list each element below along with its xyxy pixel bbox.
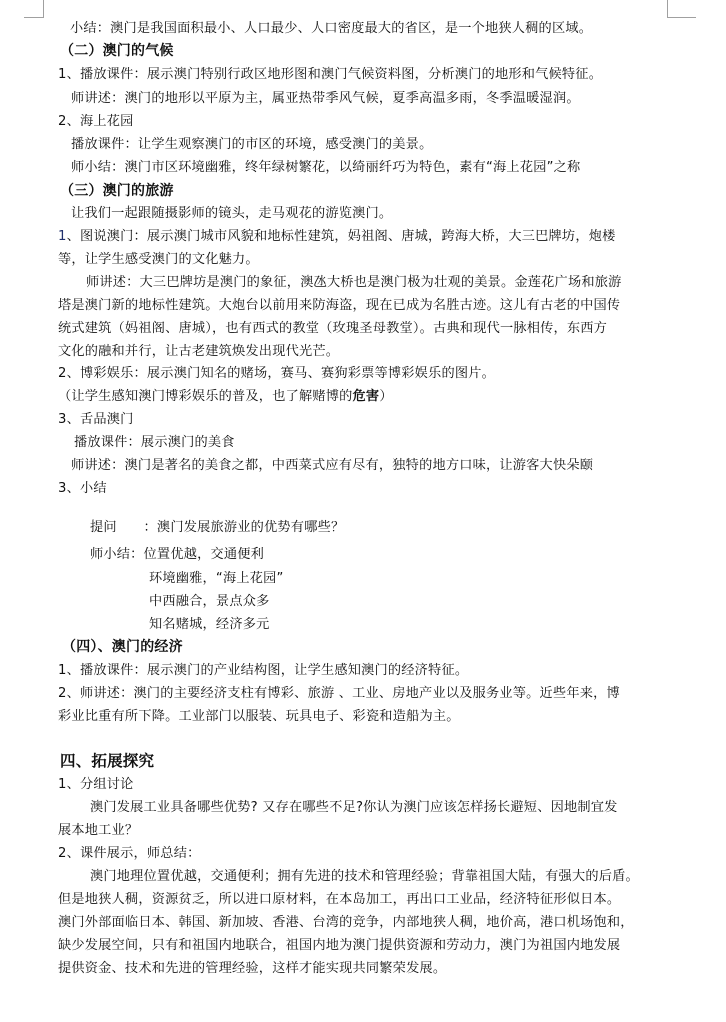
list-item-heading: 3、小结 (58, 481, 107, 497)
paragraph-line: 1、播放课件：展示澳门特别行政区地形图和澳门气候资料图，分析澳门的地形和气候特征… (58, 67, 602, 83)
paragraph-line: 彩业比重有所下降。工业部门以服装、玩具电子、彩瓷和造船为主。 (58, 709, 460, 725)
paragraph-line: 等，让学生感受澳门的文化魅力。 (58, 252, 259, 268)
paragraph-line: 1、播放课件：展示澳门的产业结构图，让学生感知澳门的经济特征。 (58, 663, 468, 679)
margin-corner-mark-top-right (667, 0, 696, 18)
paragraph-line: 统式建筑（妈祖阁、唐城），也有西式的教堂（玫瑰圣母教堂）。古典和现代一脉相传，东… (58, 321, 607, 337)
paragraph-line: 1、图说澳门：展示澳门城市风貌和地标性建筑，妈祖阁、唐城，跨海大桥，大三巴牌坊，… (58, 229, 615, 245)
paragraph-line: 缺少发展空间，只有和祖国内地联合，祖国内地为澳门提供资源和劳动力，澳门为祖国内地… (58, 938, 620, 954)
paragraph-line: 澳门外部面临日本、韩国、新加坡、香港、台湾的竞争，内部地狭人稠，地价高，港口机场… (58, 915, 634, 931)
paragraph-line: 文化的融和并行，让古老建筑焕发出现代光芒。 (58, 344, 339, 360)
paragraph-line: 师讲述：澳门的地形以平原为主，属亚热带季风气候，夏季高温多雨，冬季温暖湿润。 (71, 91, 580, 107)
paragraph-line: 播放课件：展示澳门的美食 (74, 435, 235, 451)
section-heading-climate: （二）澳门的气候 (60, 43, 174, 59)
paragraph-line: 但是地狭人稠，资源贫乏，所以进口原材料，在本岛加工，再出口工业品，经济特征形似日… (58, 892, 620, 908)
summary-line: 师小结：位置优越，交通便利 (90, 547, 264, 563)
paragraph-line: （让学生感知澳门博彩娱乐的普及，也了解赌博的危害） (58, 389, 393, 405)
section-heading-economy: （四）、澳门的经济 (62, 639, 183, 655)
paragraph-line: 塔是澳门新的地标性建筑。大炮台以前用来防海盗，现在已成为名胜古迹。这儿有古老的中… (58, 298, 620, 314)
summary-line: 小结：澳门是我国面积最小、人口最少、人口密度最大的省区，是一个地狭人稠的区域。 (70, 21, 592, 37)
paragraph-line: 师小结：澳门市区环境幽雅，终年绿树繁花，以绮丽纤巧为特色，素有“海上花园”之称 (71, 160, 580, 176)
paragraph-line: 2、博彩娱乐：展示澳门知名的赌场，赛马、赛狗彩票等博彩娱乐的图片。 (58, 366, 495, 382)
paragraph-line: 师讲述：大三巴牌坊是澳门的象征，澳氹大桥也是澳门极为壮观的美景。金莲花广场和旅游 (86, 275, 622, 291)
paragraph-line: 师讲述：澳门是著名的美食之都，中西菜式应有尽有，独特的地方口味，让游客大快朵颐 (71, 458, 593, 474)
paragraph-line: 澳门地理位置优越，交通便利；拥有先进的技术和管理经验；背靠祖国大陆，有强大的后盾… (90, 869, 639, 885)
list-item-heading: 1、分组讨论 (58, 777, 134, 793)
summary-line: 知名赌城，经济多元 (149, 617, 270, 633)
summary-line: 中西融合，景点众多 (149, 594, 270, 610)
paragraph-line: 2、师讲述：澳门的主要经济支柱有博彩、旅游 、工业、房地产业以及服务业等。近些年… (58, 686, 620, 702)
list-number: 1 (58, 229, 67, 244)
paragraph-line: 提供资金、技术和先进的管理经验，这样才能实现共同繁荣发展。 (58, 961, 446, 977)
section-heading-tourism: （三）澳门的旅游 (60, 183, 174, 199)
paragraph-line: 让我们一起跟随摄影师的镜头，走马观花的游览澳门。 (71, 206, 392, 222)
list-item-heading: 2、课件展示，师总结： (58, 846, 200, 862)
paragraph-line: 展本地工业？ (58, 823, 138, 839)
section-heading-extension: 四、拓展探究 (60, 753, 154, 769)
margin-corner-mark-top-left (24, 0, 44, 18)
paragraph-line: 播放课件：让学生观察澳门的市区的环境，感受澳门的美景。 (71, 137, 432, 153)
paragraph-line: 澳门发展工业具备哪些优势? 又存在哪些不足?你认为澳门应该怎样扬长避短、因地制宜… (90, 800, 618, 816)
document-page: 小结：澳门是我国面积最小、人口最少、人口密度最大的省区，是一个地狭人稠的区域。 … (0, 0, 726, 1022)
list-item-heading: 2、海上花园 (58, 114, 134, 130)
summary-line: 环境幽雅，“海上花园” (149, 571, 284, 587)
question-line: 提问 ：澳门发展旅游业的优势有哪些？ (90, 520, 344, 536)
list-item-heading: 3、舌品澳门 (58, 412, 134, 428)
